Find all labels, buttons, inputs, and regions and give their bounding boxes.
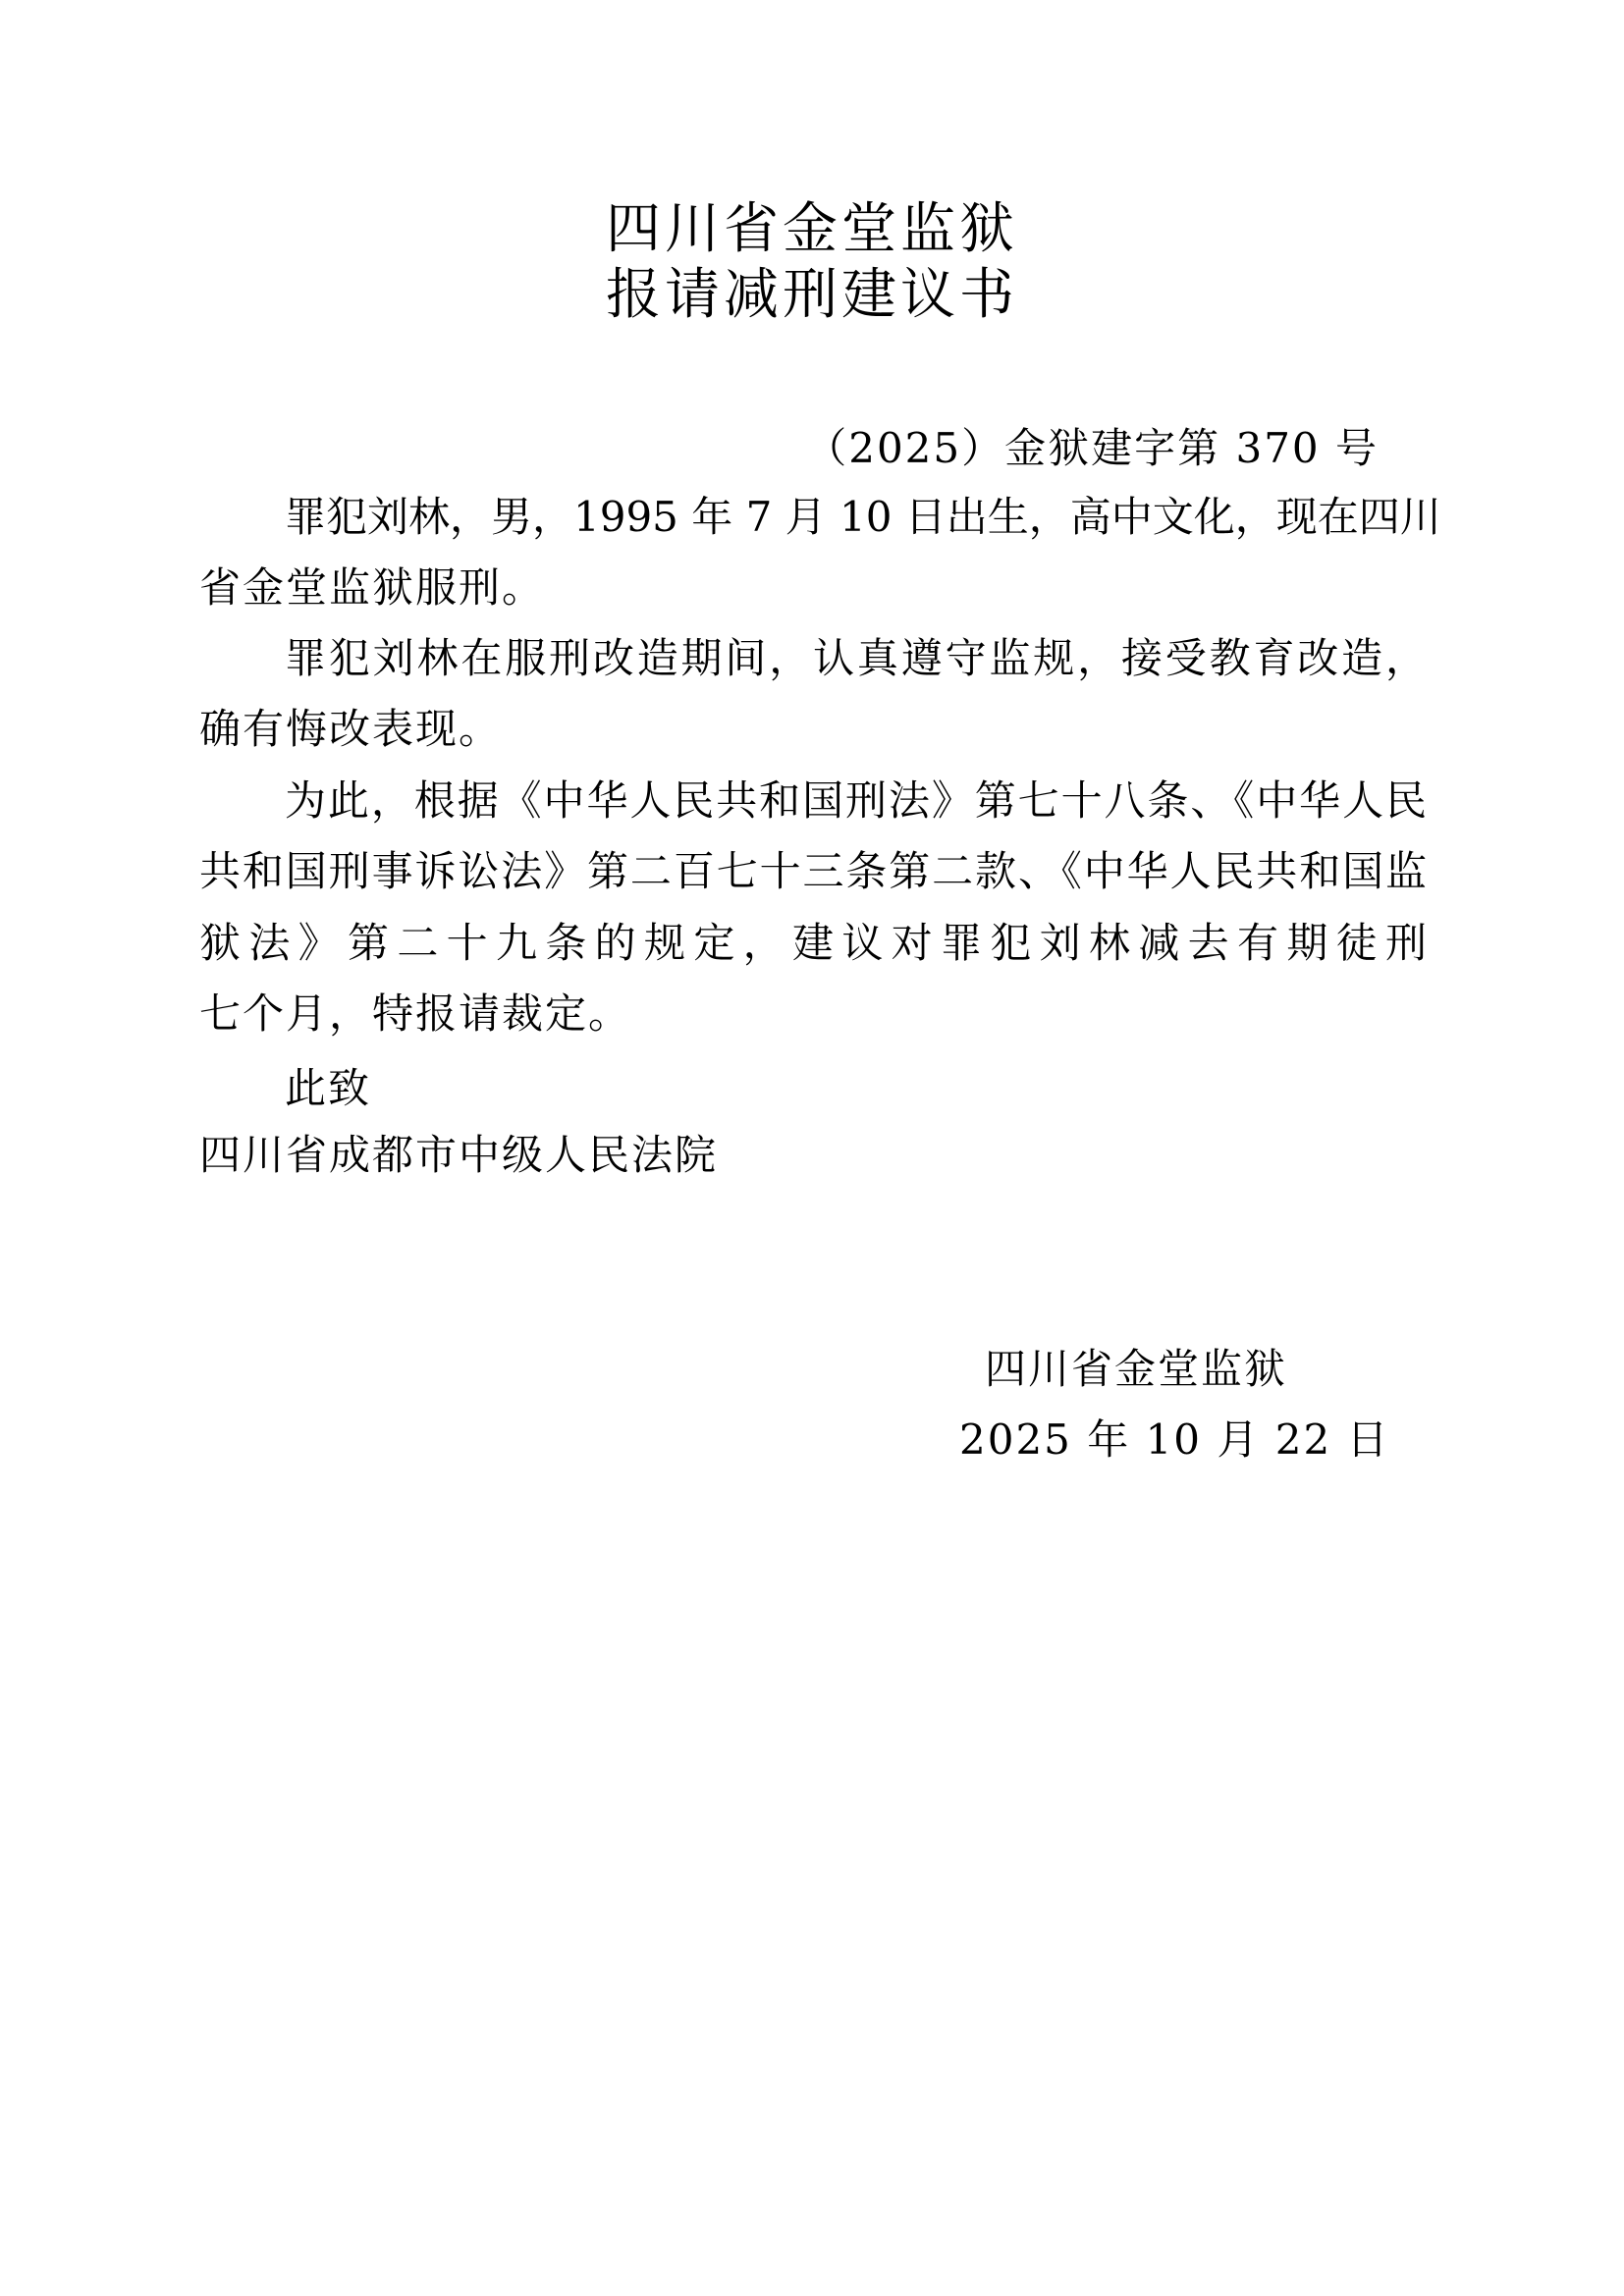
document-title-line-2: 报请减刑建议书 — [0, 262, 1624, 328]
paragraph-3-line-1: 为此，根据《中华人民共和国刑法》第七十八条、《中华人民 — [285, 776, 1427, 826]
recipient: 四川省成都市中级人民法院 — [199, 1131, 718, 1180]
signature-issuer: 四川省金堂监狱 — [985, 1345, 1287, 1394]
paragraph-3-line-2: 共和国刑事诉讼法》第二百七十三条第二款、《中华人民共和国监 — [199, 847, 1427, 896]
paragraph-3-line-4: 七个月，特报请裁定。 — [199, 989, 1427, 1039]
paragraph-1-line-2: 省金堂监狱服刑。 — [199, 563, 1427, 613]
document-page: 四川省金堂监狱 报请减刑建议书 （2025）金狱建字第 370 号 罪犯刘林，男… — [0, 0, 1624, 2296]
paragraph-2-line-1: 罪犯刘林在服刑改造期间，认真遵守监规，接受教育改造， — [285, 634, 1427, 683]
paragraph-1-line-1: 罪犯刘林，男，1995 年 7 月 10 日出生，高中文化，现在四川 — [285, 493, 1427, 542]
document-title-line-1: 四川省金堂监狱 — [0, 196, 1624, 262]
signature-date: 2025 年 10 月 22 日 — [959, 1415, 1390, 1465]
salutation: 此致 — [285, 1064, 371, 1113]
paragraph-3-line-3: 狱法》第二十九条的规定，建议对罪犯刘林减去有期徒刑 — [199, 919, 1427, 968]
document-number: （2025）金狱建字第 370 号 — [805, 424, 1379, 473]
paragraph-2-line-2: 确有悔改表现。 — [199, 705, 1427, 754]
